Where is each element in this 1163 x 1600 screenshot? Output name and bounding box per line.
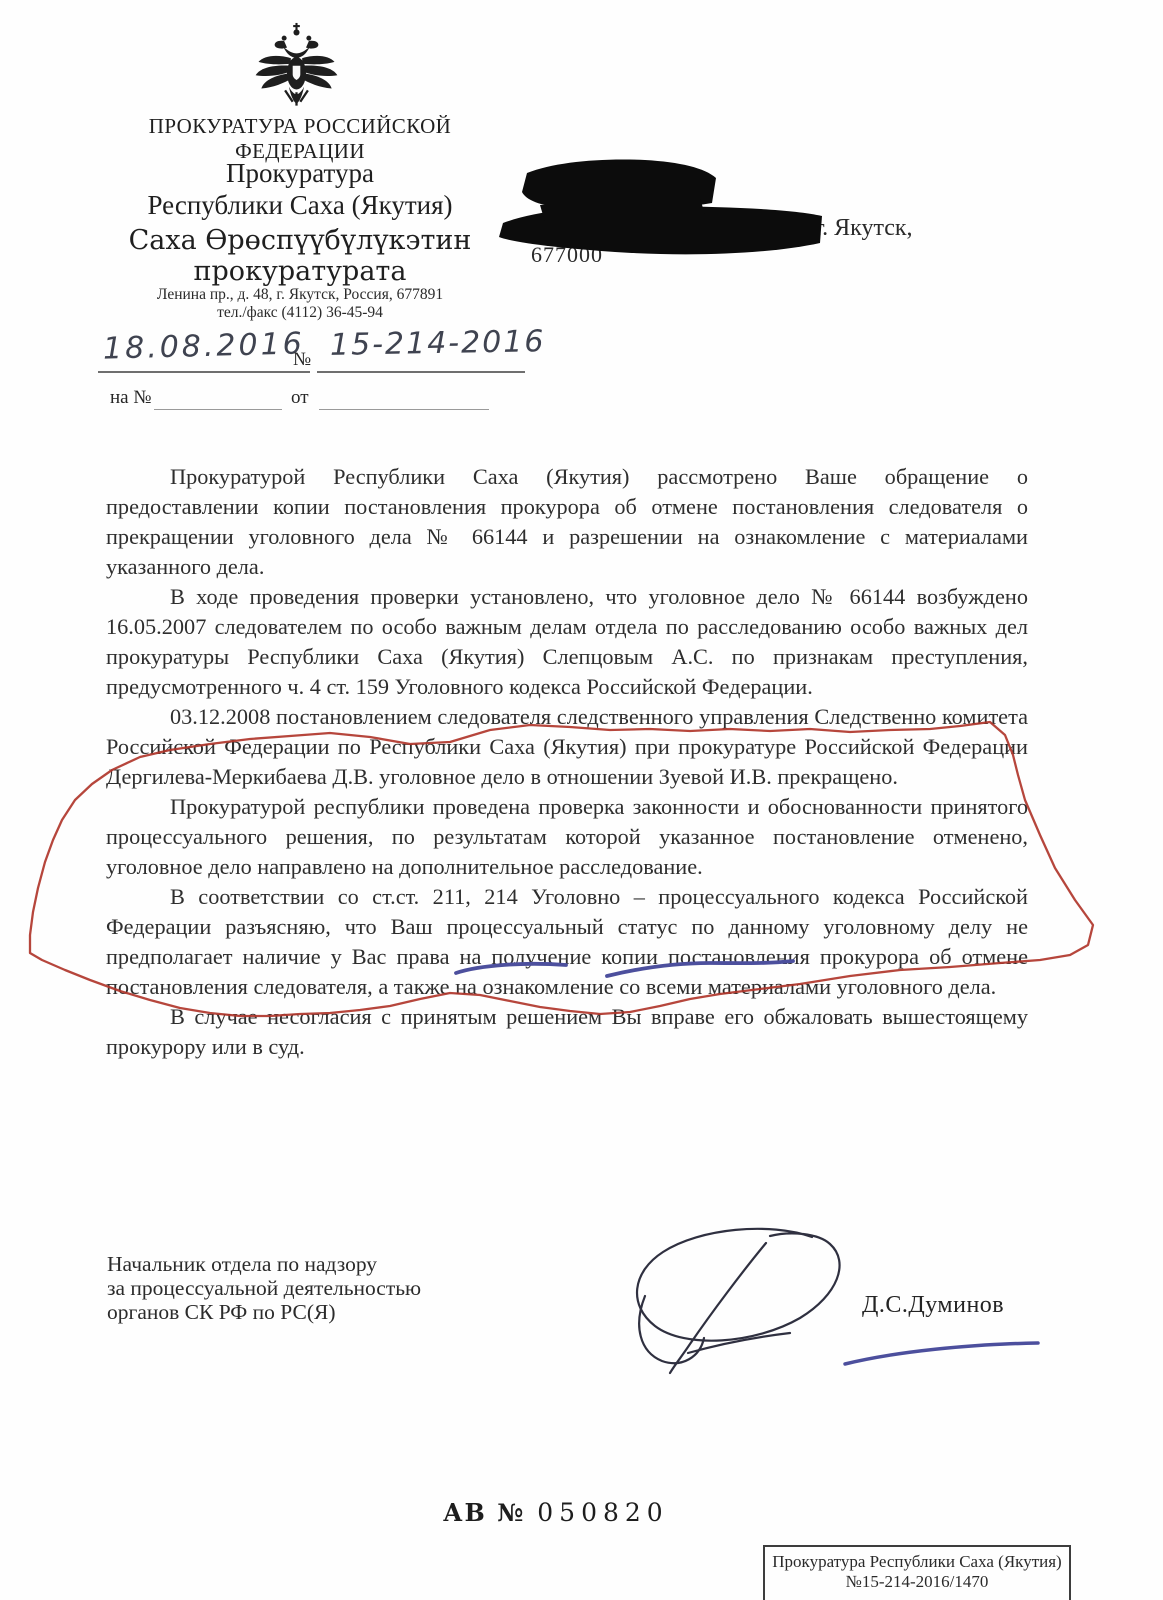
form-blank-digits: 050820 [537,1498,668,1527]
number-sign-label: № [293,349,311,371]
signatory-position-line3: органов СК РФ по РС(Я) [107,1300,537,1324]
org-address-line1: Ленина пр., д. 48, г. Якутск, Россия, 67… [85,286,515,304]
signatory-position: Начальник отдела по надзору за процессуа… [107,1252,537,1324]
redaction-marks [499,160,822,255]
registration-stamp-box: Прокуратура Республики Саха (Якутия) №15… [763,1545,1071,1600]
recipient-city: г. Якутск, [815,215,913,242]
paragraph-1: Прокуратурой Республики Саха (Якутия) ра… [106,462,1028,582]
coat-of-arms-russia-icon [248,22,345,117]
signatory-position-line1: Начальник отдела по надзору [107,1252,537,1276]
org-name-line2: Республики Саха (Якутия) [85,189,515,221]
paragraph-3: 03.12.2008 постановлением следователя сл… [106,702,1028,792]
number-underline [317,371,525,373]
paragraph-4: Прокуратурой республики проведена провер… [106,792,1028,882]
reply-to-label: на № [110,387,151,409]
stamp-org-line: Прокуратура Республики Саха (Якутия) [765,1552,1069,1572]
org-address-line2: тел./факс (4112) 36-45-94 [85,304,515,322]
form-blank-prefix: АВ № [443,1498,525,1527]
reply-from-label: от [291,387,309,409]
paragraph-6: В случае несогласия с принятым решением … [106,1002,1028,1062]
org-sakha-line1: Саха Өрөспүүбүлүкэтин [85,225,515,256]
signature-scribble [637,1229,840,1373]
scanned-letter-page: ПРОКУРАТУРА РОССИЙСКОЙ ФЕДЕРАЦИИ Прокура… [0,0,1163,1600]
org-name-sakha: Саха Өрөспүүбүлүкэтин прокуратурата [85,225,515,287]
letter-body: Прокуратурой Республики Саха (Якутия) ра… [106,462,1028,1062]
paragraph-2: В ходе проведения проверки установлено, … [106,582,1028,702]
reply-to-blank-line [154,409,282,410]
org-name: Прокуратура Республики Саха (Якутия) [85,157,515,221]
org-sakha-line2: прокуратурата [85,256,515,287]
stamp-number-line: №15-214-2016/1470 [765,1572,1069,1592]
date-underline [98,371,310,373]
recipient-postcode: 677000 [531,242,603,268]
form-blank-number: АВ №050820 [443,1498,669,1527]
signatory-position-line2: за процессуальной деятельностью [107,1276,537,1300]
org-name-line1: Прокуратура [85,157,515,189]
reply-from-blank-line [319,409,489,410]
handwritten-date: 18.08.2016 [103,326,306,366]
paragraph-5: В соответствии со ст.ст. 211, 214 Уголов… [106,882,1028,1002]
org-address: Ленина пр., д. 48, г. Якутск, Россия, 67… [85,286,515,322]
handwritten-outgoing-number: 15-214-2016 [330,324,546,363]
signatory-name: Д.С.Думинов [862,1292,1004,1319]
